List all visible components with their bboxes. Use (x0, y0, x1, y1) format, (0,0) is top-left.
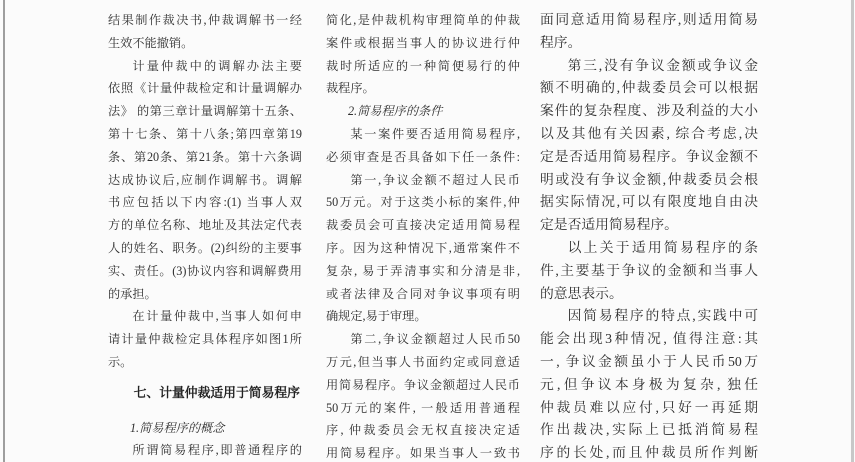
text-line: 或者法律及合同对争议事项有明 (326, 283, 520, 306)
text-line: 定是否适用简易程序。争议金额不 (540, 146, 758, 169)
text-line: 裁时所适应的一种简便易行的仲 (326, 55, 520, 78)
text-line: 序的长处,而且仲裁员所作判断 (540, 442, 758, 462)
text-line: 第二,争议金额超过人民币50 (326, 328, 520, 351)
text-line: 用简易程序。争议金额超过人民币 (326, 374, 520, 397)
text-line: 作出裁决,实际上已抵消简易程 (540, 419, 758, 442)
text-line: 能会出现3种情况, 值得注意:其 (540, 328, 758, 351)
text-line: 依照《计量仲裁检定和计量调解办 (108, 77, 302, 100)
text-line: 以上关于适用简易程序的条 (540, 237, 758, 260)
text-line: 请计量仲裁检定具体程序如图1所 (108, 328, 302, 351)
text-line: 在计量仲裁中,当事人如何申 (108, 305, 302, 328)
text-line: 案件或根据当事人的协议进行仲 (326, 32, 520, 55)
scanned-book-page: 结果制作裁决书,仲裁调解书一经生效不能撤销。计量仲裁中的调解办法主要依照《计量仲… (0, 0, 855, 462)
text-line: 裁委员会可直接决定适用简易程 (326, 214, 520, 237)
text-line: 人的姓名、职务。(2)纠纷的主要事 (108, 237, 302, 260)
text-column-1: 结果制作裁决书,仲裁调解书一经生效不能撤销。计量仲裁中的调解办法主要依照《计量仲… (108, 9, 302, 462)
text-line: 方的单位名称、地址及其法定代表 (108, 214, 302, 237)
text-line: 确规定,易于审理。 (326, 305, 520, 328)
text-line: 定是否适用简易程序。 (540, 214, 758, 237)
text-line: 一, 争议金额虽小于人民币50万 (540, 351, 758, 374)
text-line: 因简易程序的特点,实践中可 (540, 305, 758, 328)
text-line: 件,主要基于争议的金额和当事人 (540, 260, 758, 283)
text-line: 结果制作裁决书,仲裁调解书一经 (108, 9, 302, 32)
text-line: 序。因为这种情况下,通常案件不 (326, 237, 520, 260)
text-line: 仲裁员难以应付,只好一再延期 (540, 397, 758, 420)
subsection-heading: 1.简易程序的概念 (108, 417, 302, 440)
text-line: 元,但争议本身极为复杂, 独任 (540, 374, 758, 397)
text-line: 示。 (108, 351, 302, 374)
text-line: 以及其他有关因素, 综合考虑,决 (540, 123, 758, 146)
text-line: 法》 的第三章计量调解第十五条、 (108, 100, 302, 123)
text-line: 裁程序。 (326, 77, 520, 100)
text-line: 面同意适用简易程序,则适用简易 (540, 9, 758, 32)
text-line: 序, 仲裁委员会无权直接决定适 (326, 419, 520, 442)
text-line: 计量仲裁中的调解办法主要 (108, 55, 302, 78)
subsection-heading: 2.简易程序的条件 (326, 100, 520, 123)
text-line: 明或没有争议金额,仲裁委员会根 (540, 169, 758, 192)
text-line: 案件的复杂程度、涉及利益的大小 (540, 100, 758, 123)
text-line: 的意思表示。 (540, 283, 758, 306)
section-heading: 七、计量仲裁适用于简易程序 (108, 382, 302, 405)
text-line: 第三,没有争议金额或争议金 (540, 55, 758, 78)
text-column-3: 面同意适用简易程序,则适用简易程序。第三,没有争议金额或争议金额不明确的,仲裁委… (540, 9, 758, 462)
text-line: 条、第20条、第21条。第十六条调解 (108, 146, 302, 169)
text-line: 达成协议后,应制作调解书。调解 (108, 169, 302, 192)
text-line: 第十七条、第十八条;第四章第19 (108, 123, 302, 146)
text-line: 用简易程序。如果当事人一致书 (326, 442, 520, 462)
text-line: 所谓简易程序,即普通程序的 (108, 439, 302, 462)
text-line: 额不明确的,仲裁委员会可以根据 (540, 77, 758, 100)
text-line: 某一案件要否适用简易程序, (326, 123, 520, 146)
page-left-edge-line (3, 0, 5, 462)
text-line: 生效不能撤销。 (108, 32, 302, 55)
text-line: 实、责任。(3)协议内容和调解费用 (108, 260, 302, 283)
text-line: 50万元的案件, 一般适用普通程 (326, 397, 520, 420)
text-line: 书应包括以下内容:(1) 当事人双 (108, 191, 302, 214)
text-line: 必须审查是否具备如下任一条件: (326, 146, 520, 169)
text-line: 的承担。 (108, 283, 302, 306)
text-column-2: 简化,是仲裁机构审理简单的仲裁案件或根据当事人的协议进行仲裁时所适应的一种简便易… (326, 9, 520, 462)
text-line: 复杂, 易于弄清事实和分清是非, (326, 260, 520, 283)
text-line: 万元,但当事人书面约定或同意适 (326, 351, 520, 374)
text-line: 第一,争议金额不超过人民币 (326, 169, 520, 192)
text-line: 程序。 (540, 32, 758, 55)
text-line: 据实际情况,可以有限度地自由决 (540, 191, 758, 214)
text-line: 简化,是仲裁机构审理简单的仲裁 (326, 9, 520, 32)
page-right-edge-line (851, 0, 854, 462)
text-line: 50万元。对于这类小标的案件,仲 (326, 191, 520, 214)
